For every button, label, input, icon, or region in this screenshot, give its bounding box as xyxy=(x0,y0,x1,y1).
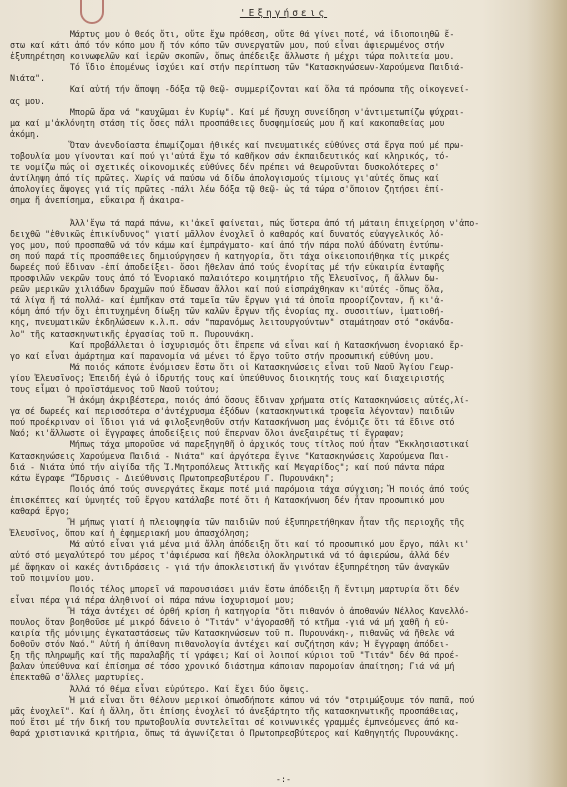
text-line: Ναό; κι'ἄλλωστε οἱ ἔγγραφες ἀποδείξεις π… xyxy=(10,428,550,439)
text-line: Μπορῶ ἄρα νά "καυχῶμαι ἐν Κυρίῳ". Καί μέ… xyxy=(10,107,550,118)
text-line: δειχθῶ "ἐθνικῶς ἐπικίνδυνος" γιατί μᾶλλο… xyxy=(10,229,550,240)
document-title: 'Εξηγήσεις xyxy=(0,8,567,19)
text-line: Ἤ τάχα ἀντέχει σέ ὀρθή κρίση ἡ κατηγορία… xyxy=(10,606,550,617)
text-line: θαρά χριστιανικά κριτήρια, ὅπως τά ἀγωνί… xyxy=(10,728,550,739)
text-line: Καί προβάλλεται ὁ ἰσχυρισμός ὅτι ἔπρεπε … xyxy=(10,340,550,351)
text-line: Τό ἴδιο ἑπομένως ἰσχύει καί στήν περίπτω… xyxy=(10,62,550,73)
text-line: δοθοῦν στόν Ναό." Αὐτή ἡ ἀπίθανη πιθανολ… xyxy=(10,639,550,650)
text-line: μᾶς ἐνοχλεῖ". Καί ἡ ἄλλη, ὅτι ἐπίσης ἐνο… xyxy=(10,706,550,717)
text-line: Ποιός τέλος μπορεῖ νά παρουσιάσει μιάν ἔ… xyxy=(10,584,550,595)
text-line: Μάρτυς μου ὁ Θεός ὅτι, οὔτε ἔχω πρόθεση,… xyxy=(10,29,550,40)
text-line: Ἀλλ'ἔγω τά παρά πάνω, κι'ἀκεῖ φαίνεται, … xyxy=(10,218,550,229)
text-line: Ποιός ἀπό τούς συνεργάτες ἔκαμε ποτέ μιά… xyxy=(10,484,550,495)
text-line: γα σέ δωρεές καί περισσότερα σ'ἀντέχρυσμ… xyxy=(10,406,550,417)
text-line: Μήπως τάχα μποροῦσε νά παρεξηγηθῆ ὁ ἀρχι… xyxy=(10,439,550,450)
text-line: πουλος ὅταν βοηθοῦσε μέ μικρό δάνειο ὁ "… xyxy=(10,617,550,628)
text-line: Κατασκηνώσεις Χαρούμενα Παιδιά - Νιάτα" … xyxy=(10,451,550,462)
text-line xyxy=(10,207,550,218)
text-line: γίου Ἐλευσῖνος; Ἐπειδή ἐγώ ὁ ἱδρυτής του… xyxy=(10,373,550,384)
text-line: Ἡ μιά εἶναι ὅτι θέλουν μερικοί ὁπωσδήποτ… xyxy=(10,695,550,706)
text-line: Ἐλευσῖνος, ὅπου καί ἡ ἐφημεριακή μου ἀπα… xyxy=(10,528,550,539)
document-body: Μάρτυς μου ὁ Θεός ὅτι, οὔτε ἔχω πρόθεση,… xyxy=(10,29,550,739)
text-line: λο" τῆς κατασκηνωτικῆς ἐργασίας τοῦ π. Π… xyxy=(10,329,550,340)
text-line: προσφιλῶν νεκρῶν τους ἀπό τό Ἐνοριακό πα… xyxy=(10,273,550,284)
text-line: ἐπισκέπτες καί ὑμνητές τοῦ ἔργου κατάλαβ… xyxy=(10,495,550,506)
text-line: πού προέκριναν οἱ ἴδιοι γιά νά φιλοξενηθ… xyxy=(10,417,550,428)
text-line: ἀπολογίες ἄψογες γιά τίς πρῶτες -πάλι λέ… xyxy=(10,184,550,195)
text-line: Μά ποιός κάποτε ἐνόμισεν ἔστω ὅτι οἱ Κατ… xyxy=(10,362,550,373)
text-line: καιρία τῆς μόνιμης ἐγκαταστάσεως τῶν Κατ… xyxy=(10,628,550,639)
text-line: εἶναι πέρα γιά πέρα ἀληθινοί οἱ πάρα πάν… xyxy=(10,595,550,606)
text-line: διά - Νιάτα ὑπό τήν αἰγίδα τῆς Ἱ.Μητροπό… xyxy=(10,462,550,473)
text-line: κάτω ἔγραφε "Ἵδρυσις - Διεύθυνσις Πρωτοπ… xyxy=(10,473,550,484)
text-line: στω καί κάτι ἀπό τόν κόπο μου ἤ τόν κόπο… xyxy=(10,40,550,51)
text-line: γο καί εἶναι ἁμάρτημα καί παρανομία νά μ… xyxy=(10,351,550,362)
text-line: ας μου. xyxy=(10,96,550,107)
text-line: καθαρά ἔργο; xyxy=(10,506,550,517)
text-line: Ἤ μήπως γιατί ἡ πλειοψηφία τῶν παιδιῶν π… xyxy=(10,517,550,528)
text-line: γος μου, πού προσπαθῶ νά τόν κάμω καί ἐμ… xyxy=(10,240,550,251)
text-line: τά λίγα ἤ τά πολλά- καί ἐμπῆκαν στά ταμε… xyxy=(10,295,550,306)
text-line: ἀκόμη. xyxy=(10,129,550,140)
text-line: Μά αὐτό εἶναι γιά μένα μιά ἄλλη ἀπόδειξη… xyxy=(10,539,550,550)
text-line: ξη τῆς πληρωμῆς καί τῆς παραλαβῆς τί γρά… xyxy=(10,650,550,661)
text-line: τους εἶμαι ὁ προϊστάμενος τοῦ Ναοῦ τούτο… xyxy=(10,384,550,395)
text-line: τοῦ ποιμνίου μου. xyxy=(10,573,550,584)
text-line: ση πού παρά τίς προσπάθειες δημιούργησεν… xyxy=(10,251,550,262)
text-line: κης, πνευματικῶν ἐκδηλώσεων κ.λ.π. σάν "… xyxy=(10,317,550,328)
text-line: τε νομίζω πώς οἱ σχετικές οἰκονομικές εὐ… xyxy=(10,162,550,173)
scanned-document-page: 'Εξηγήσεις Μάρτυς μου ὁ Θεός ὅτι, οὔτε ἔ… xyxy=(0,0,567,787)
text-line: πού ἔτσι μέ τήν δική του πρωτοβουλία συν… xyxy=(10,717,550,728)
text-line: Ὅταν ἀνενδοίαστα ἐπωμίζομαι ἠθικές καί π… xyxy=(10,140,550,151)
text-line: σημα ἤ ἀνεπίσημα, εὔκαιρα ἤ ἀκαιρα- xyxy=(10,195,550,206)
text-line: μα καί μ'ἀκλόνητη στάση τίς ὅσες πάλι πρ… xyxy=(10,118,550,129)
end-mark: -:- xyxy=(0,774,567,784)
text-line: τοβουλία μου γίνονται καί πού γι'αὐτά ἔχ… xyxy=(10,151,550,162)
text-line: δωρεές πού ἔδιναν -ἐπί ἀποδείξει- ὅσοι ἤ… xyxy=(10,262,550,273)
text-line: ἀντίληψη ἀπό τίς πρῶτες. Χωρίς νά παύσω … xyxy=(10,173,550,184)
text-line: Ἀλλά τό θέμα εἶναι εὐρύτερο. Καί ἔχει δύ… xyxy=(10,684,550,695)
text-line: Νιάτα". xyxy=(10,73,550,84)
text-line: ἐπεκταθῶ σ'ἄλλες μαρτυρίες. xyxy=(10,672,550,683)
text-line: αὐτό στό μεγαλύτερό του μέρος τ'ἀφιέρωσα… xyxy=(10,550,550,561)
text-line: ἐξυπηρέτηση κοινωφελῶν καί ἱερῶν σκοπῶν,… xyxy=(10,51,550,62)
text-line: Ἤ ἀκόμη ἀκριβέστερα, ποιός ἀπό ὅσους ἔδι… xyxy=(10,395,550,406)
text-line: μέ ἄφηκαν οἱ κακές ἀντιδράσεις - γιά τήν… xyxy=(10,562,550,573)
text-line: Καί αὐτή τήν ἄποψη -δόξα τῷ Θεῷ- συμμερί… xyxy=(10,84,550,95)
text-line: βαλαν ὑπεύθυνα καί ἐπίσημα σέ τόσο χρονι… xyxy=(10,661,550,672)
text-line: κόμη ἀπό τήν ὄχι ἐπιτυχημένη δίωξη τῶν κ… xyxy=(10,306,550,317)
text-line: ρεῶν μερικῶν χιλιάδων δραχμῶν πού ἔδωσαν… xyxy=(10,284,550,295)
